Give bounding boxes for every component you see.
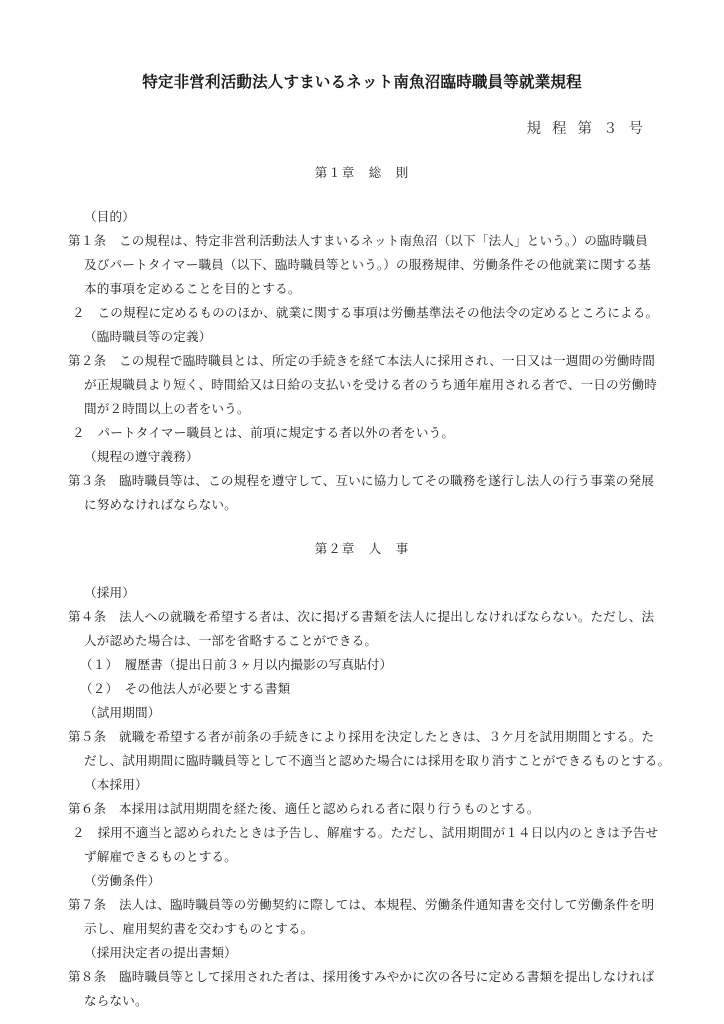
document-page: 特定非営利活動法人すまいるネット南魚沼臨時職員等就業規程 規程第３号 第１章 総… bbox=[0, 0, 724, 1024]
article-5: 第５条 就職を希望する者が前条の手続きにより採用を決定したときは、３ケ月を試用期… bbox=[68, 726, 654, 745]
article-4-item-1: （１） 履歴書（提出日前３ヶ月以内撮影の写真貼付） bbox=[80, 654, 392, 673]
article-caption: （規程の遵守義務） bbox=[84, 446, 199, 465]
article-5-cont: だし、試用期間に臨時職員等として不適当と認めた場合には採用を取り消すことができる… bbox=[84, 750, 670, 769]
article-1-cont: 本的事項を定めることを目的とする。 bbox=[84, 278, 301, 297]
article-caption: （採用決定者の提出書類） bbox=[84, 942, 237, 961]
article-caption: （労働条件） bbox=[84, 870, 160, 889]
article-6-para-2: ２ 採用不適当と認められたときは予告し、解雇する。ただし、試用期間が１４日以内の… bbox=[72, 822, 658, 841]
article-2-cont: 間が２時間以上の者をいう。 bbox=[84, 398, 250, 417]
article-caption: （採用） bbox=[84, 582, 135, 601]
article-1: 第１条 この規程は、特定非営利活動法人すまいるネット南魚沼（以下「法人」という。… bbox=[68, 230, 648, 249]
article-2-para-2: ２ パートタイマー職員とは、前項に規定する者以外の者をいう。 bbox=[72, 422, 454, 441]
article-1-cont: 及びパートタイマー職員（以下、臨時職員等という。）の服務規律、労働条件その他就業… bbox=[84, 254, 651, 273]
article-7-cont: 示し、雇用契約書を交わすものとする。 bbox=[84, 918, 313, 937]
article-4-cont: 人が認めた場合は、一部を省略することができる。 bbox=[84, 630, 377, 649]
chapter-2-heading: 第２章 人 事 bbox=[0, 539, 724, 557]
article-caption: （臨時職員等の定義） bbox=[84, 326, 211, 345]
article-8-cont: ならない。 bbox=[84, 990, 148, 1009]
article-2: 第２条 この規程で臨時職員とは、所定の手続きを経て本法人に採用され、一日又は一週… bbox=[68, 350, 655, 369]
article-caption: （本採用） bbox=[84, 774, 148, 793]
article-caption: （試用期間） bbox=[84, 702, 160, 721]
regulation-number: 規程第３号 bbox=[527, 117, 655, 138]
document-title: 特定非営利活動法人すまいるネット南魚沼臨時職員等就業規程 bbox=[0, 70, 724, 92]
article-2-cont: が正規職員より短く、時間給又は日給の支払いを受ける者のうち通年雇用される者で、一… bbox=[84, 374, 657, 393]
article-8: 第８条 臨時職員等として採用された者は、採用後すみやかに次の各号に定める書類を提… bbox=[68, 966, 654, 985]
article-4: 第４条 法人への就職を希望する者は、次に掲げる書類を法人に提出しなければならない… bbox=[68, 606, 654, 625]
article-caption: （目的） bbox=[84, 206, 135, 225]
article-6-cont: ず解雇できるものとする。 bbox=[84, 846, 237, 865]
article-4-item-2: （２） その他法人が必要とする書類 bbox=[80, 678, 290, 697]
article-1-para-2: ２ この規程に定めるもののほか、就業に関する事項は労働基準法その他法令の定めると… bbox=[72, 302, 658, 321]
article-3-cont: に努めなければならない。 bbox=[84, 494, 237, 513]
article-6: 第６条 本採用は試用期間を経た後、適任と認められる者に限り行うものとする。 bbox=[68, 798, 540, 817]
chapter-1-heading: 第１章 総 則 bbox=[0, 163, 724, 181]
article-3: 第３条 臨時職員等は、この規程を遵守して、互いに協力してその職務を遂行し法人の行… bbox=[68, 470, 654, 489]
article-7: 第７条 法人は、臨時職員等の労働契約に際しては、本規程、労働条件通知書を交付して… bbox=[68, 894, 654, 913]
